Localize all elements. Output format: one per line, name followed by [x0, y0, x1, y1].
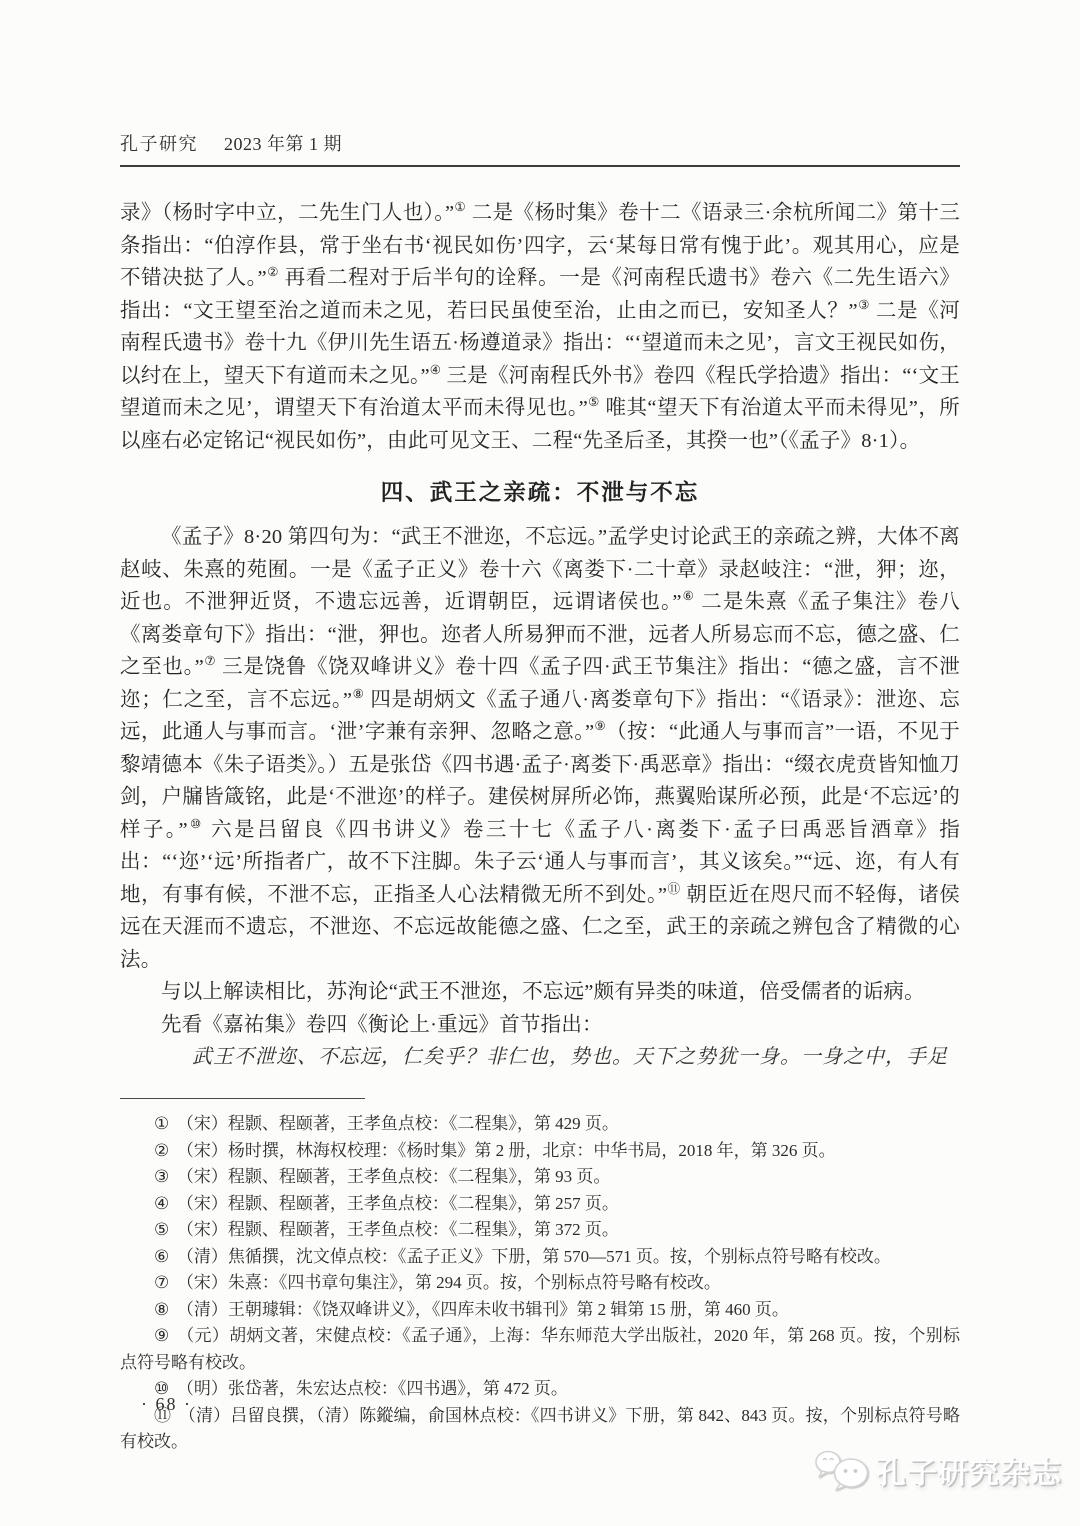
footnote-text: （宋）程颢、程颐著，王孝鱼点校：《二程集》，第 93 页。: [177, 1167, 611, 1186]
header-rule: [120, 165, 960, 167]
footnote-item: ④（宋）程颢、程颐著，王孝鱼点校：《二程集》，第 257 页。: [120, 1191, 960, 1218]
footnote-text: （宋）程颢、程颐著，王孝鱼点校：《二程集》，第 257 页。: [177, 1194, 619, 1213]
footnote-item: ⑦（宋）朱熹：《四书章句集注》，第 294 页。按，个别标点符号略有校改。: [120, 1270, 960, 1297]
footnote-marker: ⑨: [154, 1326, 170, 1345]
footnote-marker: ⑧: [154, 1300, 169, 1319]
paragraph-wuwang-discussion: 《孟子》8·20 第四句为：“武王不泄迩，不忘远。”孟学史讨论武王的亲疏之辨，大…: [120, 521, 960, 976]
footnote-item: ⑩（明）张岱著，朱宏达点校：《四书遇》，第 472 页。: [120, 1376, 960, 1403]
footnote-text: （清）吕留良撰，（清）陈鏦编，俞国林点校：《四书讲义》下册，第 842、843 …: [120, 1406, 960, 1452]
footnote-item: ②（宋）杨时撰，林海权校理：《杨时集》第 2 册，北京：中华书局，2018 年，…: [120, 1138, 960, 1165]
wechat-icon: [813, 1447, 871, 1493]
running-head: 孔子研究2023 年第 1 期: [120, 0, 960, 156]
journal-issue: 2023 年第 1 期: [224, 134, 342, 154]
footnote-item: ⑧（清）王朝璩辑：《饶双峰讲义》，《四库未收书辑刊》第 2 辑第 15 册，第 …: [120, 1297, 960, 1324]
watermark: 孔子研究杂志: [813, 1447, 1062, 1493]
footnote-text: （宋）程颢、程颐著，王孝鱼点校：《二程集》，第 429 页。: [177, 1114, 619, 1133]
footnote-marker: ⑤: [154, 1220, 169, 1239]
journal-page: 孔子研究2023 年第 1 期 录》（杨时字中立，二先生门人也）。”① 二是《杨…: [0, 0, 1080, 1526]
footnote-marker: ④: [154, 1194, 169, 1213]
footnote-marker: ⑦: [154, 1273, 169, 1292]
section-heading: 四、武王之亲疏：不泄与不忘: [120, 475, 960, 507]
footnote-item: ⑨（元）胡炳文著，宋健点校：《孟子通》，上海：华东师范大学出版社，2020 年，…: [120, 1323, 960, 1376]
footnote-text: （宋）杨时撰，林海权校理：《杨时集》第 2 册，北京：中华书局，2018 年，第…: [177, 1141, 836, 1160]
journal-title: 孔子研究: [120, 134, 198, 154]
block-quote: 武王不泄迩、不忘远，仁矣乎？非仁也，势也。天下之势犹一身。一身之中，手足: [192, 1041, 960, 1074]
footnote-item: ①（宋）程颢、程颐著，王孝鱼点校：《二程集》，第 429 页。: [120, 1111, 960, 1138]
footnote-text: （清）王朝璩辑：《饶双峰讲义》，《四库未收书辑刊》第 2 辑第 15 册，第 4…: [177, 1300, 789, 1319]
footnote-text: （元）胡炳文著，宋健点校：《孟子通》，上海：华东师范大学出版社，2020 年，第…: [120, 1326, 960, 1372]
article-body: 录》（杨时字中立，二先生门人也）。”① 二是《杨时集》卷十二《语录三·余杭所闻二…: [120, 197, 960, 1074]
page-number: · 68 ·: [141, 1394, 192, 1415]
footnote-marker: ①: [154, 1114, 169, 1133]
footnote-text: （清）焦循撰，沈文倬点校：《孟子正义》下册，第 570—571 页。按，个别标点…: [177, 1247, 891, 1266]
footnote-text: （宋）朱熹：《四书章句集注》，第 294 页。按，个别标点符号略有校改。: [177, 1273, 721, 1292]
footnote-item: ⑤（宋）程颢、程颐著，王孝鱼点校：《二程集》，第 372 页。: [120, 1217, 960, 1244]
footnote-item: ⑥（清）焦循撰，沈文倬点校：《孟子正义》下册，第 570—571 页。按，个别标…: [120, 1244, 960, 1271]
footnote-separator: [120, 1098, 365, 1099]
watermark-label: 孔子研究杂志: [876, 1448, 1062, 1492]
footnote-item: ③（宋）程颢、程颐著，王孝鱼点校：《二程集》，第 93 页。: [120, 1164, 960, 1191]
footnotes-section: ①（宋）程颢、程颐著，王孝鱼点校：《二程集》，第 429 页。 ②（宋）杨时撰，…: [120, 1111, 960, 1456]
paragraph-jiayou-intro: 先看《嘉祐集》卷四《衡论上·重远》首节指出：: [120, 1009, 960, 1042]
footnote-marker: ⑥: [154, 1247, 169, 1266]
paragraph-suxun: 与以上解读相比，苏洵论“武王不泄迩，不忘远”颇有异类的味道，倍受儒者的诟病。: [120, 976, 960, 1009]
footnote-marker: ③: [154, 1167, 169, 1186]
paragraph-continuation: 录》（杨时字中立，二先生门人也）。”① 二是《杨时集》卷十二《语录三·余杭所闻二…: [120, 197, 960, 457]
footnote-text: （宋）程颢、程颐著，王孝鱼点校：《二程集》，第 372 页。: [177, 1220, 619, 1239]
footnote-text: （明）张岱著，朱宏达点校：《四书遇》，第 472 页。: [177, 1379, 568, 1398]
footnote-marker: ②: [154, 1141, 169, 1160]
